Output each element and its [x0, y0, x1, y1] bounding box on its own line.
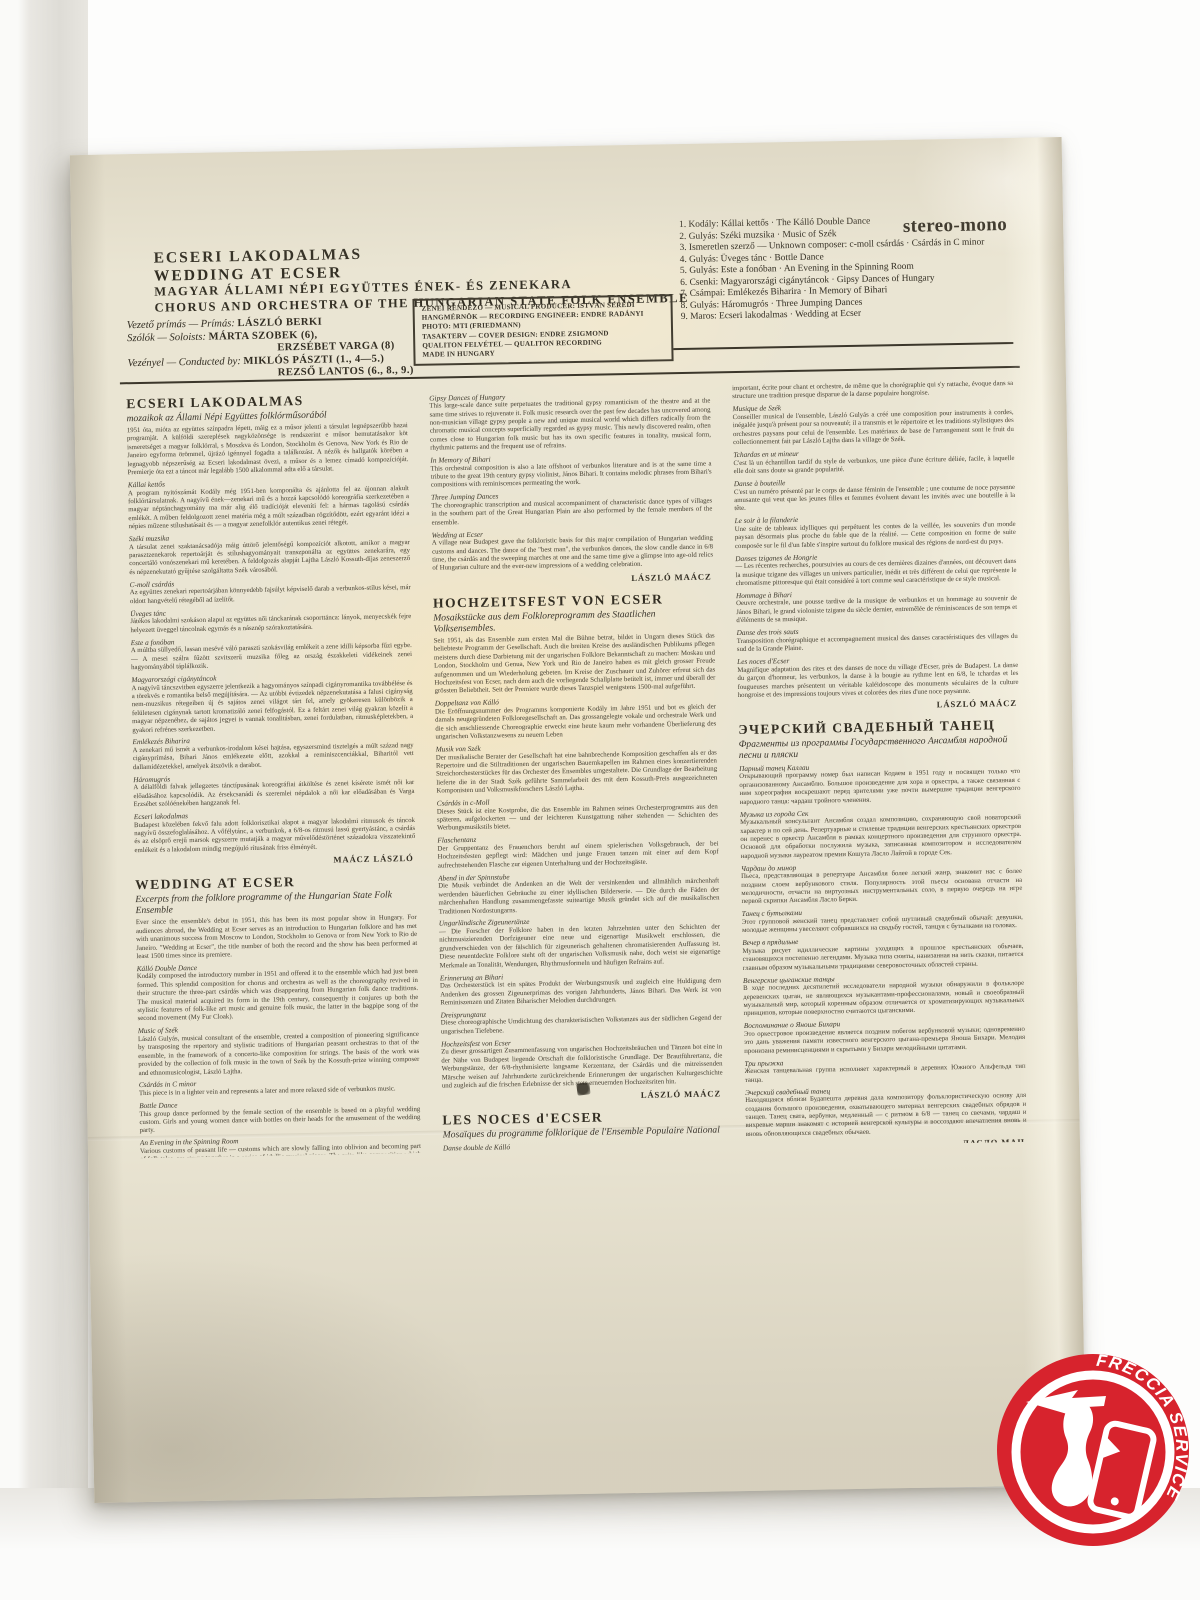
paragraph: Находящаяся вблизи Будапешта деревня дал… — [745, 1092, 1027, 1139]
paragraph: C'est un numéro présenté par le corps de… — [734, 483, 1015, 513]
notes-column-2: Gipsy Dances of HungaryThis large-scale … — [429, 386, 724, 1153]
paragraph: A program nyitószámát Kodály még 1951-be… — [128, 485, 410, 532]
printed-area: stereo-mono ECSERI LAKODALMASWEDDING AT … — [123, 230, 1011, 246]
paragraph: Музыкальный консультант Ансамбля создал … — [740, 814, 1022, 861]
credit-value: ERZSÉBET VARGA (8) — [277, 340, 394, 353]
paragraph: A múltba süllyedő, lassan mesévé váló pa… — [131, 642, 412, 672]
freccia-service-watermark-logo: FRECCIA SERVICE — [986, 1340, 1200, 1554]
paragraph: Открывающий программу номер был написан … — [739, 768, 1021, 807]
paragraph: Kodály composed the introductory number … — [137, 968, 419, 1024]
paragraph: A társulat zenei szaktanácsadója máig út… — [129, 539, 411, 578]
paragraph: Музыка рисует идиллические картины уходя… — [742, 943, 1023, 973]
paragraph: The choreographic transcription and musi… — [431, 497, 712, 527]
section-subtitle: Mosaikstücke aus dem Folkloreprogramm de… — [433, 607, 714, 634]
paragraph: — Die Forscher der Folklore haben in den… — [439, 923, 721, 970]
paragraph: László Gulyás, musical consultant of the… — [138, 1031, 420, 1078]
production-credits-box: ZENEI RENDEZŐ — MUSICAL PRODUCER: ISTVÁN… — [412, 294, 673, 366]
paragraph: Это оркестровое произведение является по… — [744, 1026, 1025, 1056]
paragraph: Der musikalische Berater der Gesellschaf… — [436, 749, 718, 796]
paragraph: Oeuvre orchestrale, une pousse tardive d… — [736, 595, 1017, 625]
paragraph: — Les récentes recherches, poursuivies a… — [735, 558, 1016, 588]
section-subtitle: Фрагменты из программы Государственного … — [739, 734, 1020, 761]
performer-credits: Vezető prímás — Prímás: LÁSZLÓ BERKISzól… — [127, 315, 414, 383]
paragraph: Пьеса, представляющая в репертуаре Ансам… — [741, 868, 1023, 907]
paragraph: Conseiller musical de l'ensemble, László… — [733, 409, 1015, 448]
credit-value: MÁRTA SZOBEK (6), — [209, 329, 318, 342]
credit-value: MIKLÓS PÁSZTI (1., 4—5.) — [243, 353, 384, 367]
paragraph: This large-scale dance suite perpetuates… — [429, 398, 711, 454]
paragraph: Seit 1951, als das Ensemble zum ersten M… — [434, 632, 716, 696]
liner-notes-columns: ECSERI LAKODALMASmozaikok az Állami Népi… — [126, 380, 1028, 1158]
paragraph: Budapest közelében fekvő falu adott folk… — [134, 817, 416, 856]
product-photo-page: { "photo": { "stereo_label": "stereo-mon… — [0, 0, 1200, 1600]
paragraph: This orchestral composition is also a la… — [430, 460, 711, 490]
paragraph: Die Musik verbindet die Andenken an die … — [438, 878, 720, 917]
paragraph: Magnifique adaptation des rites et des d… — [737, 662, 1019, 701]
author-signature: LÁSZLÓ MAÁCZ — [738, 698, 1017, 713]
paragraph: A village near Budapest gave the folklor… — [432, 535, 714, 574]
paragraph: Une suite de tableaux idylliques qui per… — [735, 521, 1016, 551]
credit-label: Vezényel — Conducted by: — [127, 356, 243, 369]
print-mark — [576, 1082, 590, 1096]
paragraph: Der Gruppentanz des Frauenchors beruht a… — [437, 840, 718, 870]
section-subtitle: Excerpts from the folklore programme of … — [135, 889, 416, 916]
paragraph: 1951 óta, mióta az együttes színpadra lé… — [127, 422, 409, 478]
credit-label: Vezető prímás — Prímás: — [127, 318, 238, 331]
piece-heading: Danse double de Kálló — [443, 1139, 724, 1152]
record-sleeve-back-cover: stereo-mono ECSERI LAKODALMASWEDDING AT … — [70, 137, 1087, 1503]
paragraph: important, écrite pour chant et orchestr… — [732, 380, 1013, 402]
paragraph: В ходе последних десятилетий исследовате… — [743, 980, 1025, 1019]
notes-column-1: ECSERI LAKODALMASmozaikok az Állami Népi… — [126, 391, 421, 1158]
author-signature: LÁSZLÓ MAÁCZ — [433, 571, 712, 586]
paragraph: A nagyívű táncszvitben egyszerre jelentk… — [131, 680, 413, 736]
divider-rule-right — [673, 342, 1013, 350]
author-signature: MAÁCZ LÁSZLÓ — [135, 853, 414, 868]
author-signature: ЛАСЛО МАЦ — [746, 1137, 1025, 1147]
credit-line: ERZSÉBET VARGA (8) — [277, 340, 413, 355]
paragraph: A délalföldi falvak jellegzetes tánctípu… — [133, 779, 414, 809]
paragraph: Das Orchesterstück ist ein spätes Produk… — [440, 978, 721, 1008]
track-list: 1. Kodály: Kállai kettős · The Kálló Dou… — [679, 214, 1013, 324]
paragraph: This group dance performed by the female… — [139, 1106, 420, 1136]
credit-value: LÁSZLÓ BERKI — [237, 317, 322, 330]
paragraph: A zenekari mű ismét a verbunkos-irodalom… — [133, 742, 414, 772]
paragraph: Die Eröffnungsnummer des Programms kompo… — [435, 703, 717, 742]
credit-label: Szólók — Soloists: — [127, 331, 209, 343]
paragraph: Ever since the ensemble's debut in 1951,… — [136, 914, 418, 961]
paragraph: Dieses Stück ist eine Kostprobe, die das… — [437, 803, 718, 833]
notes-column-3: important, écrite pour chant et orchestr… — [732, 380, 1027, 1147]
